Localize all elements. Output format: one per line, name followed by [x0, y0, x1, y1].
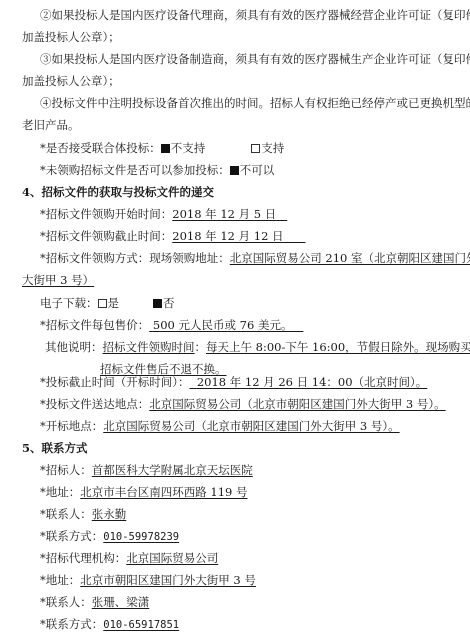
start-time-label: *招标文件领购开始时间： [40, 207, 172, 221]
download-option-no: 否 [163, 296, 175, 310]
agency-row: *招标代理机构：北京国际贸易公司 [40, 550, 218, 566]
opening-value: 北京国际贸易公司（北京市朝阳区建国门外大街甲 3 号）。 [103, 419, 399, 433]
tenderer-row: *招标人：首都医科大学附属北京天坛医院 [40, 462, 253, 478]
requirement-3-text-cont: 加盖投标人公章）； [22, 74, 120, 88]
document-page: ②如果投标人是国内医疗设备代理商，须具有有效的医疗器械经营企业许可证（复印件， … [0, 0, 470, 633]
agency-contact-value: 张珊、梁潇 [92, 595, 150, 609]
section-5-heading-text: 5、联系方式 [22, 441, 88, 455]
other-label: 其他说明： [45, 340, 103, 354]
requirement-4-text: ④投标文件中注明投标设备首次推出的时间。招标人有权拒绝已经停产或已更换机型的 [40, 96, 470, 110]
agency-contact-row: *联系人：张珊、梁潇 [40, 594, 149, 610]
section-4-heading-text: 4、招标文件的获取与投标文件的递交 [22, 185, 214, 199]
requirement-2-text: ②如果投标人是国内医疗设备代理商，须具有有效的医疗器械经营企业许可证（复印件， [40, 8, 470, 22]
requirement-2-text-cont: 加盖投标人公章）； [22, 30, 120, 44]
requirement-3-line2: 加盖投标人公章）； [22, 73, 120, 89]
tenderer-address-row: *地址：北京市丰台区南四环西路 119 号 [40, 484, 248, 500]
unchecked-box-icon[interactable] [98, 299, 107, 308]
requirement-2-line1: ②如果投标人是国内医疗设备代理商，须具有有效的医疗器械经营企业许可证（复印件， [40, 7, 470, 23]
download-label: 电子下载： [40, 296, 98, 310]
tenderer-phone-label: *联系方式： [40, 529, 103, 543]
consortium-option-yes: 支持 [261, 141, 284, 155]
agency-address-row: *地址：北京市朝阳区建国门外大街甲 3 号 [40, 572, 256, 588]
agency-address-value: 北京市朝阳区建国门外大街甲 3 号 [80, 573, 256, 587]
delivery-label: *投标文件送达地点： [40, 397, 149, 411]
tenderer-address-value: 北京市丰台区南四环西路 119 号 [80, 485, 247, 499]
opening-label: *开标地点： [40, 419, 103, 433]
method-value: 北京国际贸易公司 210 室（北京朝阳区建国门外 [230, 251, 470, 265]
agency-value: 北京国际贸易公司 [126, 551, 218, 565]
tenderer-contact-label: *联系人： [40, 507, 92, 521]
deadline-label: *投标截止时间（开标时间）： [40, 375, 190, 389]
end-time-row: *招标文件领购截止时间：2018 年 12 月 12 日 [40, 228, 306, 244]
method-row: *招标文件领购方式：现场领购地址：北京国际贸易公司 210 室（北京朝阳区建国门… [40, 250, 470, 266]
method-value-cont: 大街甲 3 号） [22, 273, 94, 287]
checked-box-icon[interactable] [153, 299, 162, 308]
requirement-4-line2: 老旧产品。 [22, 117, 80, 133]
other-value-part2: 每天上午 8:00-下午 16:00，节假日除外。现场购买， [206, 340, 470, 354]
price-row: *招标文件每包售价： 500 元人民币或 76 美元。 [40, 317, 303, 333]
price-label: *招标文件每包售价： [40, 318, 149, 332]
consortium-row: *是否接受联合体投标：不支持支持 [40, 140, 284, 156]
download-option-yes: 是 [108, 296, 120, 310]
section-5-heading: 5、联系方式 [22, 440, 88, 456]
agency-phone-label: *联系方式： [40, 617, 103, 631]
unpurchased-option: 不可以 [240, 163, 275, 177]
consortium-label: *是否接受联合体投标： [40, 141, 161, 155]
agency-address-label: *地址： [40, 573, 80, 587]
method-row-cont: 大街甲 3 号） [22, 272, 94, 288]
tenderer-phone-value: 010-59978239 [103, 531, 179, 543]
end-time-value: 2018 年 12 月 12 日 [172, 229, 305, 243]
tenderer-value: 首都医科大学附属北京天坛医院 [92, 463, 253, 477]
agency-phone-row: *联系方式：010-65917851 [40, 616, 179, 632]
tenderer-phone-row: *联系方式：010-59978239 [40, 528, 179, 544]
requirement-4-line1: ④投标文件中注明投标设备首次推出的时间。招标人有权拒绝已经停产或已更换机型的 [40, 95, 470, 111]
agency-phone-value: 010-65917851 [103, 619, 179, 631]
requirement-4-text-cont: 老旧产品。 [22, 118, 80, 132]
section-4-heading: 4、招标文件的获取与投标文件的递交 [22, 184, 214, 200]
price-value: 500 元人民币或 76 美元。 [149, 318, 303, 332]
unpurchased-label: *未领购招标文件是否可以参加投标： [40, 163, 230, 177]
requirement-3-text: ③如果投标人是国内医疗设备制造商，须具有有效的医疗器械生产企业许可证（复印件， [40, 52, 470, 66]
other-value-part1: 招标文件领购时间 [103, 340, 195, 354]
unpurchased-row: *未领购招标文件是否可以参加投标：不可以 [40, 162, 274, 178]
tenderer-label: *招标人： [40, 463, 92, 477]
agency-label: *招标代理机构： [40, 551, 126, 565]
start-time-row: *招标文件领购开始时间：2018 年 12 月 5 日 [40, 206, 287, 222]
opening-row: *开标地点：北京国际贸易公司（北京市朝阳区建国门外大街甲 3 号）。 [40, 418, 400, 434]
agency-contact-label: *联系人： [40, 595, 92, 609]
other-row: 其他说明：招标文件领购时间：每天上午 8:00-下午 16:00，节假日除外。现… [45, 339, 470, 355]
consortium-option-no: 不支持 [171, 141, 206, 155]
tenderer-contact-value: 张永勤 [92, 507, 127, 521]
tenderer-address-label: *地址： [40, 485, 80, 499]
requirement-3-line1: ③如果投标人是国内医疗设备制造商，须具有有效的医疗器械生产企业许可证（复印件， [40, 51, 470, 67]
requirement-2-line2: 加盖投标人公章）； [22, 29, 120, 45]
deadline-value: 2018 年 12 月 26 日 14：00（北京时间）。 [190, 375, 428, 389]
end-time-label: *招标文件领购截止时间： [40, 229, 172, 243]
delivery-row: *投标文件送达地点：北京国际贸易公司（北京市朝阳区建国门外大街甲 3 号）。 [40, 396, 446, 412]
deadline-row: *投标截止时间（开标时间）： 2018 年 12 月 26 日 14：00（北京… [40, 374, 427, 390]
delivery-value: 北京国际贸易公司（北京市朝阳区建国门外大街甲 3 号）。 [149, 397, 445, 411]
checked-box-icon[interactable] [161, 144, 170, 153]
unchecked-box-icon[interactable] [251, 144, 260, 153]
other-separator: ： [195, 340, 207, 354]
tenderer-contact-row: *联系人：张永勤 [40, 506, 126, 522]
checked-box-icon[interactable] [230, 166, 239, 175]
download-row: 电子下载：是否 [40, 295, 175, 311]
method-label: *招标文件领购方式：现场领购地址： [40, 251, 230, 265]
start-time-value: 2018 年 12 月 5 日 [172, 207, 287, 221]
